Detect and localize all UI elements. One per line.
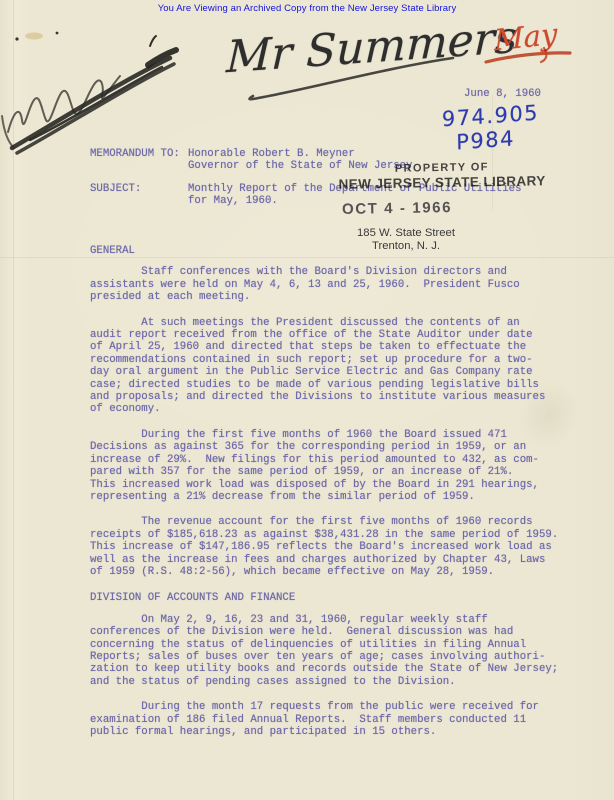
property-of-library-stamp: PROPERTY OF NEW JERSEY STATE LIBRARY — [330, 160, 554, 192]
archive-banner: You Are Viewing an Archived Copy from th… — [0, 3, 614, 14]
body-paragraph: During the month 17 requests from the pu… — [90, 701, 590, 738]
memo-date: June 8, 1960 — [464, 88, 541, 100]
memo-to-label: MEMORANDUM TO: — [90, 148, 180, 160]
memo-body: GENERAL Staff conferences with the Board… — [90, 245, 590, 751]
section-heading: GENERAL — [90, 245, 590, 257]
body-paragraph: Staff conferences with the Board's Divis… — [90, 266, 590, 303]
body-paragraph: On May 2, 9, 16, 23 and 31, 1960, regula… — [90, 614, 590, 688]
scanned-memo-page: You Are Viewing an Archived Copy from th… — [0, 0, 614, 800]
recipient-note-underline — [245, 50, 460, 102]
memo-subject-label: SUBJECT: — [90, 183, 141, 195]
month-note-underline — [480, 46, 576, 76]
crossed-out-signature-scribble — [0, 20, 200, 160]
library-address-line1: 185 W. State Street — [340, 227, 472, 240]
date-received-stamp: OCT 4 - 1966 — [342, 199, 452, 218]
body-paragraph: At such meetings the President discussed… — [90, 317, 590, 416]
call-number-note: 974.905 P984 — [442, 101, 540, 156]
section-heading: DIVISION OF ACCOUNTS AND FINANCE — [90, 592, 590, 604]
body-paragraph: During the first five months of 1960 the… — [90, 429, 590, 503]
body-paragraph: The revenue account for the first five m… — [90, 516, 590, 578]
memo-subject-line2: for May, 1960. — [188, 195, 278, 207]
memo-recipient-name: Honorable Robert B. Meyner — [188, 148, 355, 160]
